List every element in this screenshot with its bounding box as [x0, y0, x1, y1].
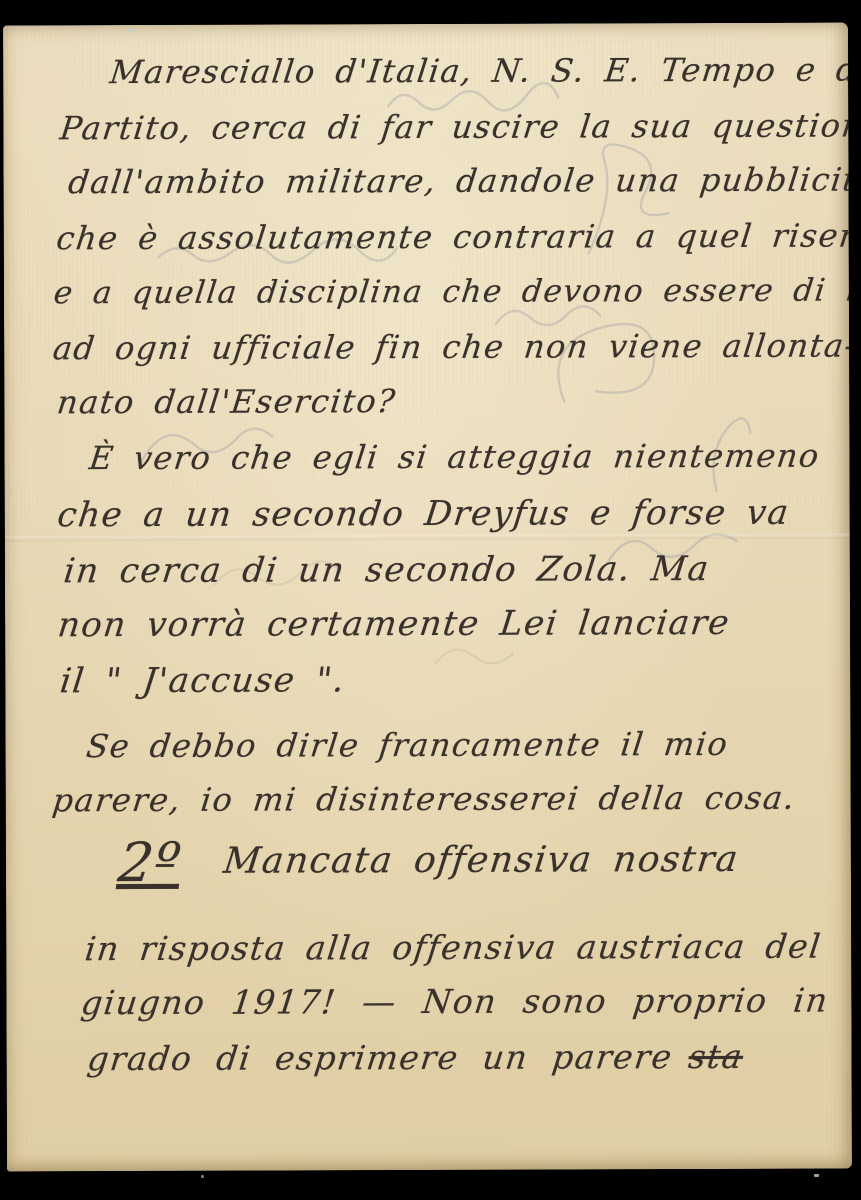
letter-page: Maresciallo d'Italia, N. S. E. Tempo e d… — [3, 23, 852, 1172]
handwritten-line-13: Se debbo dirle francamente il mio — [84, 725, 730, 765]
scan-artifact — [814, 1174, 819, 1177]
handwritten-line-3: dall'ambito militare, dandole una pubbli… — [66, 160, 852, 201]
handwritten-line-12: il " J'accuse ". — [58, 660, 348, 701]
handwritten-line-9: che a un secondo Dreyfus e forse va — [55, 493, 792, 536]
handwritten-line-5: e a quella disciplina che devono essere … — [52, 272, 852, 311]
section-2-numeral: 2º — [115, 831, 185, 894]
crossed-out-word: sta — [686, 1037, 745, 1076]
handwritten-line-7: nato dall'Esercito? — [55, 382, 398, 421]
handwritten-line-10: in cerca di un secondo Zola. Ma — [62, 549, 712, 591]
handwritten-line-14: parere, io mi disinteresserei della cosa… — [50, 779, 797, 820]
section-2-heading: Mancata offensiva nostra — [221, 839, 741, 882]
scanned-letter-screenshot: { "document": { "kind": "handwritten-let… — [0, 0, 861, 1200]
scan-artifact — [201, 1175, 204, 1178]
handwritten-line-6: ad ogni ufficiale fin che non viene allo… — [51, 326, 852, 367]
handwritten-line-2: Partito, cerca di far uscire la sua ques… — [58, 106, 852, 147]
handwritten-line-4: che è assolutamente contraria a quel ris… — [54, 216, 852, 257]
scan-artifact — [127, 29, 135, 32]
handwritten-line-18: grado di esprimere un pareresta — [85, 1037, 745, 1078]
section-2-heading-line: 2ºMancata offensiva nostra — [115, 829, 742, 894]
line-18-text: grado di esprimere un parere — [85, 1037, 675, 1078]
handwritten-line-11: non vorrà certamente Lei lanciare — [56, 603, 733, 645]
handwritten-line-8: È vero che egli si atteggia nientemeno — [87, 437, 822, 478]
handwritten-line-16: in risposta alla offensiva austriaca del — [83, 927, 824, 969]
handwritten-line-17: giugno 1917! — Non sono proprio in — [79, 981, 831, 1023]
scan-background: Maresciallo d'Italia, N. S. E. Tempo e d… — [0, 0, 861, 1200]
handwritten-line-1: Maresciallo d'Italia, N. S. E. Tempo e d… — [108, 50, 852, 91]
